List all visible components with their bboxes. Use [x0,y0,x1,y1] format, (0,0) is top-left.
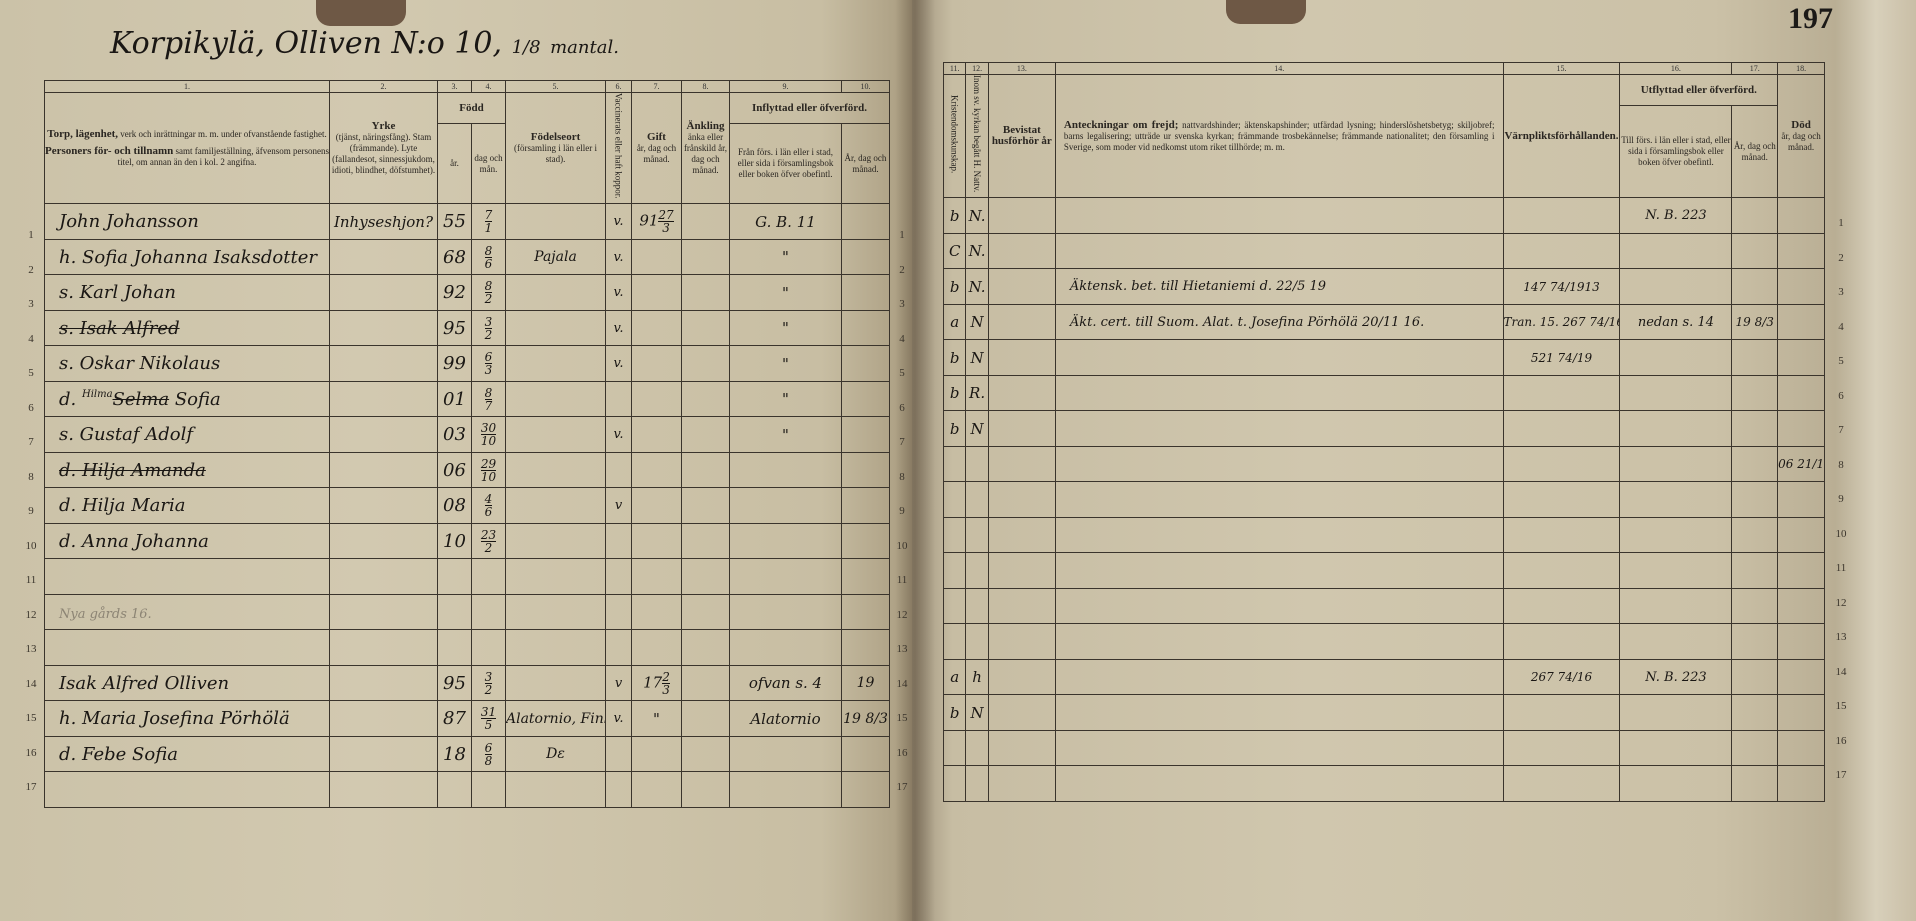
moved-to-date-cell [1732,233,1778,269]
moved-from-cell: ofvan s. 4 [730,665,842,701]
birth-daymonth: 87 [485,387,493,412]
person-name: d. Anna Johanna [59,531,209,552]
vaccinated-cell [606,452,632,488]
person-name: John Johansson [59,211,199,232]
birth-daymonth-bottom: 3 [485,364,493,376]
moved-to-cell [1620,517,1732,553]
birthplace-cell [506,310,606,346]
kristendom: b [950,704,960,722]
birthplace-cell: Alatornio, Finl. [506,701,606,737]
col34-header-title: Född [459,102,483,114]
occupation-cell [330,381,438,417]
moved-to-cell [1620,553,1732,589]
birth-year-cell: 06 [438,452,472,488]
birth-year-cell [438,594,472,630]
nattvard-cell [966,624,988,660]
notes-cell [1055,411,1503,447]
birth-daymonth-bottom: 5 [481,719,496,731]
row-number: 6 [22,391,40,426]
row-number: 4 [22,322,40,357]
name-cell: d. Anna Johanna [45,523,330,559]
row-number: 5 [22,356,40,391]
widowed-cell [682,559,730,595]
birth-daymonth-cell: 86 [472,239,506,275]
col8-number: 8. [682,81,730,93]
col1-header-bold1: Torp, lägenhet, [47,128,118,140]
husforhor-cell [988,766,1055,802]
married-cell [632,736,682,772]
moved-from-date-cell [842,772,890,808]
nattvard-cell [966,517,988,553]
nattvard-cell [966,766,988,802]
nattvard: N [971,704,984,722]
birth-daymonth-cell: 32 [472,665,506,701]
birth-daymonth-top: 29 [481,458,496,471]
name-cell: s. Isak Alfred [45,310,330,346]
col13-header: Bevistat husförhör år [988,75,1055,198]
widowed-cell [682,772,730,808]
person-name: h. Sofia Johanna Isaksdotter [59,247,317,268]
table-row [944,766,1825,802]
name-cell: h. Maria Josefina Pörhölä [45,701,330,737]
varnplikt-cell [1503,730,1620,766]
occupation-cell [330,736,438,772]
kristendom: b [950,278,960,296]
husforhor-cell [988,659,1055,695]
row-number: 9 [1832,482,1850,517]
birth-year-cell: 01 [438,381,472,417]
person-name: d. Hilja Maria [59,495,185,516]
birth-daymonth-cell: 68 [472,736,506,772]
varnplikt-cell [1503,695,1620,731]
birth-year: 55 [443,211,466,232]
birth-daymonth-top: 23 [481,529,496,542]
kristendom: a [950,668,959,686]
moved-to-date-cell [1732,588,1778,624]
col13-header-title: Bevistat husförhör år [992,124,1052,147]
col1617-header-title: Utflyttad eller öfverförd. [1641,84,1757,96]
married-cell [632,381,682,417]
right-row-numbers: 1234567891011121314151617 [1832,206,1850,793]
birth-year-cell: 99 [438,346,472,382]
moved-to-cell [1620,730,1732,766]
husforhor-cell [988,624,1055,660]
row-number: 10 [22,529,40,564]
col5-header-title: Födelseort [531,131,580,143]
nattvard: R. [969,384,985,402]
col7-header: Gift år, dag och månad. [632,93,682,204]
row-number: 6 [1832,379,1850,414]
kristendom-cell: b [944,411,966,447]
table-row: John JohanssonInhyseshjon?5571v.91273G. … [45,204,890,240]
person-name: d. Hilja Amanda [59,460,206,481]
married-year: " [653,710,660,728]
vaccinated-cell [606,594,632,630]
occupation-cell [330,275,438,311]
married-year: 17 [643,673,662,691]
nattvard-cell: N. [966,233,988,269]
table-row [944,624,1825,660]
birth-daymonth: 2910 [481,458,496,483]
birth-daymonth-cell [472,594,506,630]
occupation-cell [330,772,438,808]
birth-year: 03 [443,424,466,445]
moved-to-cell [1620,375,1732,411]
table-row: Nya gårds 16. [45,594,890,630]
col14-number: 14. [1055,63,1503,75]
moved-from-date-cell [842,452,890,488]
nattvard: N [971,349,984,367]
page-clip-right [1226,0,1306,24]
birth-year-cell: 92 [438,275,472,311]
birth-year-cell: 55 [438,204,472,240]
varnplikt-cell [1503,375,1620,411]
vaccinated: v. [614,321,624,336]
birth-daymonth-bottom: 1 [485,222,493,234]
moved-from-cell: " [730,417,842,453]
person-name: d. Febe Sofia [59,744,178,765]
row-number: 17 [1832,758,1850,793]
table-row: d. HilmaSelma Sofia0187" [45,381,890,417]
col17-number: 17. [1732,63,1778,75]
married-cell [632,346,682,382]
name-cell: Isak Alfred Olliven [45,665,330,701]
nattvard-cell: N. [966,198,988,234]
occupation-cell [330,630,438,666]
kristendom-cell [944,730,966,766]
table-row [944,588,1825,624]
married-daymonth: 273 [658,209,673,234]
death-date: 06 21/12 [1778,457,1824,471]
nattvard-cell: N [966,411,988,447]
married-cell [632,488,682,524]
col7-header-text: år, dag och månad. [637,143,676,164]
col11-header: Kristendomskunskap. [944,75,966,198]
col9-header: Från förs. i län eller i stad, eller sid… [730,124,842,204]
table-row: d. Hilja Maria0846v [45,488,890,524]
birthplace: Pajala [534,249,577,265]
occupation-cell [330,417,438,453]
row-number: 15 [1832,689,1850,724]
birth-daymonth-cell: 32 [472,310,506,346]
col2-header-title: Yrke [372,120,396,132]
birth-year-cell [438,630,472,666]
gutter-row-numbers: 1234567891011121314151617 [893,218,911,805]
nattvard-cell [966,730,988,766]
col5-header-text: (församling i län eller i stad). [514,143,597,164]
varnplikt-cell: 147 74/1913 [1503,269,1620,305]
birth-daymonth: 32 [485,671,493,696]
moved-from-date-cell [842,594,890,630]
moved-to-date-cell [1732,482,1778,518]
row-number: 8 [893,460,911,495]
moved-from-cell: " [730,239,842,275]
notes-cell [1055,695,1503,731]
row-number: 15 [22,701,40,736]
birth-year-cell: 95 [438,310,472,346]
notes-cell [1055,375,1503,411]
varnplikt-cell [1503,766,1620,802]
right-ledger-table: 11. 12. 13. 14. 15. 16. 17. 18. Kristend… [943,62,1825,802]
moved-from-cell [730,736,842,772]
vaccinated-cell [606,736,632,772]
birth-daymonth-bottom: 2 [485,329,493,341]
col18-header-text: år, dag och månad. [1781,131,1820,152]
col2-number: 2. [330,81,438,93]
row-number: 3 [893,287,911,322]
moved-from-cell [730,559,842,595]
moved-from-cell [730,523,842,559]
name-cell [45,559,330,595]
kristendom: a [950,313,959,331]
varnplikt-cell [1503,411,1620,447]
varnplikt: Tran. 15. 267 74/16 [1504,315,1620,329]
row-number: 2 [22,253,40,288]
husforhor-cell [988,198,1055,234]
page-title: Korpikylä, Olliven N:o 10, 1/8 mantal. [110,26,619,61]
vaccinated: v. [614,285,624,300]
birth-year-cell: 08 [438,488,472,524]
death-cell [1778,304,1825,340]
vaccinated-cell: v. [606,346,632,382]
varnplikt-cell [1503,553,1620,589]
row-number: 4 [893,322,911,357]
moved-from: Alatornio [750,710,820,728]
birth-year: 87 [443,708,466,729]
kristendom-cell: a [944,659,966,695]
widowed-cell [682,488,730,524]
vaccinated-cell: v. [606,239,632,275]
vaccinated-cell: v. [606,417,632,453]
table-row: s. Isak Alfred9532v." [45,310,890,346]
birth-daymonth-cell: 71 [472,204,506,240]
moved-to: N. B. 223 [1645,670,1706,685]
occupation-cell: Inhyseshjon? [330,204,438,240]
moved-from-cell: " [730,346,842,382]
col34-header: Född [438,93,506,124]
kristendom-cell: b [944,375,966,411]
col1-header-text1: verk och inrättningar m. m. under ofvans… [120,129,326,139]
page-clip-left [316,0,406,26]
occupation-cell [330,701,438,737]
widowed-cell [682,239,730,275]
name-cell: s. Oskar Nikolaus [45,346,330,382]
husforhor-cell [988,517,1055,553]
nattvard: N. [969,242,986,260]
moved-to-date-cell [1732,269,1778,305]
birth-daymonth-cell [472,559,506,595]
kristendom-cell [944,624,966,660]
birth-daymonth-bottom: 2 [481,542,496,554]
birth-daymonth-cell [472,630,506,666]
birthplace-cell: Pajala [506,239,606,275]
kristendom-cell: a [944,304,966,340]
birthplace-cell [506,559,606,595]
vaccinated: v. [614,356,624,371]
kristendom: b [950,349,960,367]
death-cell [1778,269,1825,305]
col18-header-title: Död [1791,119,1811,131]
col2-header-text: (tjänst, näringsfång). Stam (främmande).… [332,132,435,175]
moved-from: " [782,426,789,444]
kristendom-cell [944,553,966,589]
moved-to-date-cell [1732,411,1778,447]
occupation-cell [330,239,438,275]
col7-number: 7. [632,81,682,93]
moved-to-cell: N. B. 223 [1620,659,1732,695]
name-cell: John Johansson [45,204,330,240]
table-row [944,517,1825,553]
row-number: 1 [1832,206,1850,241]
nattvard-cell [966,588,988,624]
occupation: Inhyseshjon? [334,213,433,231]
col14-header: Anteckningar om frejd; nattvardshinder; … [1055,75,1503,198]
nattvard: N. [969,207,986,225]
table-row: bN.N. B. 223 [944,198,1825,234]
notes-cell [1055,340,1503,376]
occupation-cell [330,310,438,346]
col13-number: 13. [988,63,1055,75]
moved-to-date-cell: 19 8/3 [1732,304,1778,340]
col12-header-text: Inom sv. kyrkan begått H. Nattv. [972,75,982,192]
moved-from-cell: " [730,310,842,346]
moved-from-date-cell [842,381,890,417]
col6-header-text: Vaccinerats eller haft koppor. [614,93,624,198]
name-cell [45,772,330,808]
row-number: 15 [893,701,911,736]
birth-year-cell: 95 [438,665,472,701]
birth-year: 01 [443,389,466,410]
table-row [45,630,890,666]
varnplikt: 521 74/19 [1531,351,1592,365]
moved-to-date-cell [1732,695,1778,731]
vaccinated: v. [614,214,624,229]
birth-year: 92 [443,282,466,303]
birth-daymonth: 63 [485,351,493,376]
name-cell [45,630,330,666]
table-row: 06 21/12 [944,446,1825,482]
moved-to: nedan s. 14 [1638,315,1714,330]
col3-number: 3. [438,81,472,93]
moved-to-date-cell [1732,375,1778,411]
col9-header-text: Från förs. i län eller i stad, eller sid… [738,147,834,179]
varnplikt-cell [1503,517,1620,553]
notes-cell [1055,233,1503,269]
married-cell [632,452,682,488]
varnplikt-cell: 521 74/19 [1503,340,1620,376]
moved-from-cell [730,630,842,666]
row-number: 12 [1832,586,1850,621]
notes-cell [1055,198,1503,234]
moved-from-date-cell [842,523,890,559]
vaccinated: v. [614,250,624,265]
vaccinated-cell [606,630,632,666]
table-row [944,482,1825,518]
moved-to-cell: nedan s. 14 [1620,304,1732,340]
birthplace-cell [506,346,606,382]
nattvard-cell [966,553,988,589]
moved-from: " [782,355,789,373]
row-number: 8 [1832,448,1850,483]
title-suffix: mantal. [550,37,619,58]
moved-from-date-cell [842,275,890,311]
husforhor-cell [988,695,1055,731]
moved-from-date: 19 8/3 [843,711,888,727]
death-cell [1778,517,1825,553]
moved-from-cell: G. B. 11 [730,204,842,240]
row-number: 17 [893,770,911,805]
col4-number: 4. [472,81,506,93]
birthplace-cell [506,594,606,630]
birth-year: 68 [443,247,466,268]
col5-header: Födelseort (församling i län eller i sta… [506,93,606,204]
birth-daymonth-cell: 82 [472,275,506,311]
col15-header: Värnpliktsförhållanden. [1503,75,1620,198]
col11-header-text: Kristendomskunskap. [950,95,960,173]
row-number: 12 [893,598,911,633]
birth-daymonth: 232 [481,529,496,554]
vaccinated-cell [606,559,632,595]
widowed-cell [682,665,730,701]
vaccinated-cell: v. [606,701,632,737]
moved-from-cell: " [730,381,842,417]
person-name: h. Maria Josefina Pörhölä [59,708,290,729]
varnplikt: 147 74/1913 [1523,280,1600,294]
married-year: 91 [639,212,658,230]
kristendom-cell: b [944,695,966,731]
col16-header: Till förs. i län eller i stad, eller sid… [1620,106,1732,198]
row-number: 11 [22,563,40,598]
birth-daymonth-top: 6 [485,742,493,755]
table-row [45,559,890,595]
birth-year: 18 [443,744,466,765]
husforhor-cell [988,730,1055,766]
name-cell: d. Hilja Maria [45,488,330,524]
kristendom-cell: C [944,233,966,269]
col1-header-bold2: Personers för- och tillnamn [45,145,173,157]
moved-from-date-cell [842,239,890,275]
husforhor-cell [988,482,1055,518]
moved-to-cell [1620,482,1732,518]
row-number: 2 [1832,241,1850,276]
table-row: bN [944,411,1825,447]
name-rest: Sofia [175,389,221,410]
death-cell [1778,553,1825,589]
name-cell: s. Karl Johan [45,275,330,311]
frejd-notes: Äktensk. bet. till Hietaniemi d. 22/5 19 [1070,279,1326,294]
varnplikt-cell: 267 74/16 [1503,659,1620,695]
col17-header-text: År, dag och månad. [1734,141,1776,162]
moved-from: ofvan s. 4 [749,674,822,692]
nattvard-cell: h [966,659,988,695]
row-number: 10 [893,529,911,564]
notes-cell [1055,553,1503,589]
husforhor-cell [988,340,1055,376]
name-cell: Nya gårds 16. [45,594,330,630]
widowed-cell [682,523,730,559]
vaccinated: v. [614,427,624,442]
moved-from-cell [730,452,842,488]
row-number: 16 [1832,724,1850,759]
birth-year-cell: 18 [438,736,472,772]
name-cell: h. Sofia Johanna Isaksdotter [45,239,330,275]
col4-header: dag och mån. [472,124,506,204]
table-row: d. Febe Sofia1868Dε [45,736,890,772]
husforhor-cell [988,269,1055,305]
frejd-notes: Äkt. cert. till Suom. Alat. t. Josefina … [1070,315,1424,330]
kristendom: C [949,242,960,260]
birthplace: Alatornio, Finl. [506,711,606,727]
